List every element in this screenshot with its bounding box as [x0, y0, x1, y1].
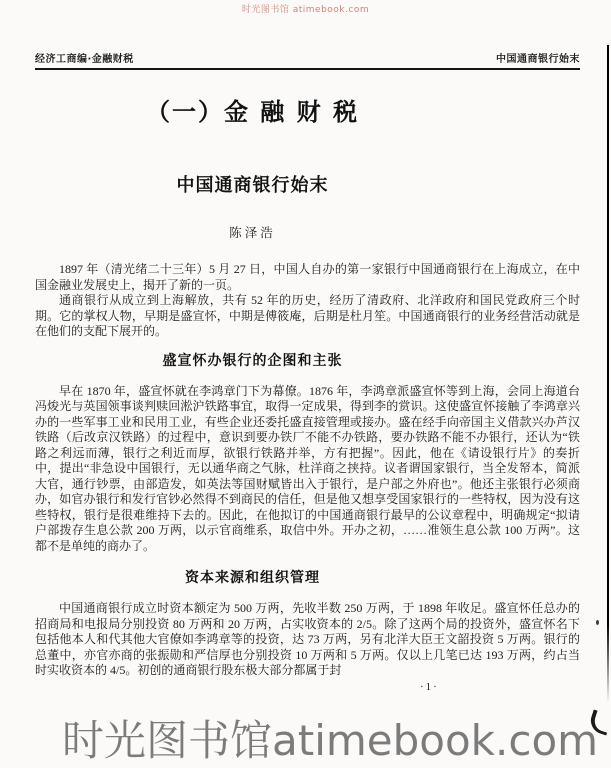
intro-paragraph-2: 通商银行从成立到上海解放，共有 52 年的历史，经历了清政府、北洋政府和国民党政… — [35, 293, 580, 340]
section2-paragraph: 中国通商银行成立时资本额定为 500 万两，先收半数 250 万两，于 1898… — [35, 601, 580, 679]
page-content: （一）金 融 财 税 中国通商银行始末 陈泽浩 1897 年（清光绪二十三年）5… — [35, 86, 580, 679]
top-watermark: 时光图书馆 atimebook.com — [0, 2, 611, 15]
article-title: 中国通商银行始末 — [35, 171, 470, 197]
page-number: ·1· — [420, 681, 439, 693]
bottom-watermark: 时光图书馆atimebook.com — [62, 708, 598, 768]
header-article-label: 中国通商银行始末 — [496, 50, 580, 65]
scanned-book-page: 时光图书馆 atimebook.com 经济工商编·金融财税 中国通商银行始末 … — [0, 0, 611, 768]
intro-paragraph-1: 1897 年（清光绪二十三年）5 月 27 日，中国人自办的第一家银行中国通商银… — [35, 262, 580, 293]
header-series-label: 经济工商编·金融财税 — [35, 50, 134, 65]
section1-paragraph: 早在 1870 年，盛宣怀就在李鸿章门下为幕僚。1876 年，李鸿章派盛宣怀等到… — [35, 384, 580, 555]
running-header: 经济工商编·金融财税 中国通商银行始末 — [35, 50, 580, 65]
article-body: 1897 年（清光绪二十三年）5 月 27 日，中国人自办的第一家银行中国通商银… — [35, 262, 580, 679]
part-title: （一）金 融 财 税 — [35, 92, 470, 127]
scan-edge-line — [607, 45, 609, 703]
section-heading-1: 盛宣怀办银行的企图和主张 — [35, 350, 470, 370]
header-rule — [35, 68, 580, 70]
author-name: 陈泽浩 — [35, 223, 470, 241]
ink-speck — [596, 620, 599, 625]
section-heading-2: 资本来源和组织管理 — [35, 567, 470, 587]
